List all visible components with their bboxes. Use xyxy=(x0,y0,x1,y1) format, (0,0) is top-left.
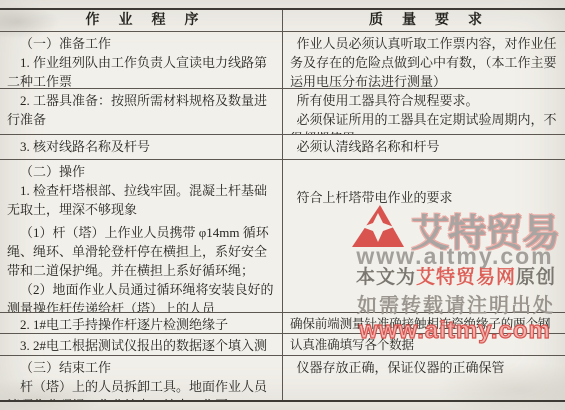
table-row: 2. 工器具准备：按照所需材料规格及数量进行准备 所有使用工器具符合规程要求。 … xyxy=(0,89,565,135)
quality-text: 认真准确填写各个数据 xyxy=(290,336,561,355)
procedure-text: 2. 工器具准备：按照所需材料规格及数量进行准备 xyxy=(7,91,277,129)
procedure-cell: 3. 核对线路名称及杆号 xyxy=(0,135,283,159)
table-row: （一）准备工作 1. 作业组列队由工作负责人宣读电力线路第二种工作票 作业人员必… xyxy=(0,32,565,89)
quality-cell: 符合上杆塔带电作业的要求 xyxy=(283,160,565,312)
table-row: 2. 1#电工手持操作杆逐片检测绝缘子 确保前端测量针准确接触相连瓷绝缘子的两个… xyxy=(0,313,565,334)
procedure-text: 1. 作业组列队由工作负责人宣读电力线路第二种工作票 xyxy=(7,53,277,88)
procedure-text: 杆（塔）上的人员拆卸工具。地面作业人员清理作业现场，作业结束，结束工作票 xyxy=(7,377,277,400)
procedure-quality-table: 作业程序 质量要求 （一）准备工作 1. 作业组列队由工作负责人宣读电力线路第二… xyxy=(0,8,565,402)
quality-cell: 仪器存放正确，保证仪器的正确保管 xyxy=(283,356,565,400)
quality-cell: 作业人员必须认真听取工作票内容，对作业任务及存在的危险点做到心中有数，（本工作主… xyxy=(283,32,565,88)
procedure-text: 1. 检查杆塔根部、拉线牢固。混凝土杆基础无取土，埋深不够现象 xyxy=(7,181,277,219)
quality-text: 必须认清线路名称和杆号 xyxy=(290,137,561,156)
procedure-cell: （一）准备工作 1. 作业组列队由工作负责人宣读电力线路第二种工作票 xyxy=(0,32,283,88)
quality-text: 符合上杆塔带电作业的要求 xyxy=(290,188,561,207)
procedure-text: （1）杆（塔）上作业人员携带 φ14mm 循环绳、绳环、单滑轮登杆停在横担上，系… xyxy=(7,223,277,280)
procedure-cell: （二）操作 1. 检查杆塔根部、拉线牢固。混凝土杆基础无取土，埋深不够现象 （1… xyxy=(0,160,283,312)
procedure-cell: 2. 1#电工手持操作杆逐片检测绝缘子 xyxy=(0,313,283,333)
header-procedure: 作业程序 xyxy=(0,10,283,31)
procedure-cell: 2. 工器具准备：按照所需材料规格及数量进行准备 xyxy=(0,89,283,134)
procedure-cell: （三）结束工作 杆（塔）上的人员拆卸工具。地面作业人员清理作业现场，作业结束，结… xyxy=(0,356,283,400)
procedure-text: （三）结束工作 xyxy=(7,358,277,377)
procedure-text: （2）地面作业人员通过循环绳将安装良好的测量操作杆传递给杆（塔）上的人员 xyxy=(7,280,277,312)
quality-cell: 确保前端测量针准确接触相连瓷绝缘子的两个钢帽 xyxy=(283,313,565,333)
header-quality: 质量要求 xyxy=(283,10,565,31)
table-row: （二）操作 1. 检查杆塔根部、拉线牢固。混凝土杆基础无取土，埋深不够现象 （1… xyxy=(0,160,565,313)
table-row: 3. 2#电工根据测试仪报出的数据逐个填入测量表 认真准确填写各个数据 xyxy=(0,334,565,356)
procedure-text: 3. 2#电工根据测试仪报出的数据逐个填入测量表 xyxy=(7,336,277,355)
procedure-text: （二）操作 xyxy=(7,162,277,181)
procedure-cell: 3. 2#电工根据测试仪报出的数据逐个填入测量表 xyxy=(0,334,283,355)
table-row: （三）结束工作 杆（塔）上的人员拆卸工具。地面作业人员清理作业现场，作业结束，结… xyxy=(0,356,565,400)
quality-text: 所有使用工器具符合规程要求。 xyxy=(290,91,561,110)
quality-text: 确保前端测量针准确接触相连瓷绝缘子的两个钢帽 xyxy=(290,315,561,333)
procedure-text: （一）准备工作 xyxy=(7,34,277,53)
procedure-text: 2. 1#电工手持操作杆逐片检测绝缘子 xyxy=(7,315,277,333)
quality-text: 仪器存放正确，保证仪器的正确保管 xyxy=(290,358,561,377)
quality-cell: 认真准确填写各个数据 xyxy=(283,334,565,355)
quality-text: 必须保证所用的工器具在定期试验周期内，不得超期使用 xyxy=(290,110,561,134)
quality-cell: 所有使用工器具符合规程要求。 必须保证所用的工器具在定期试验周期内，不得超期使用 xyxy=(283,89,565,134)
quality-text: 作业人员必须认真听取工作票内容，对作业任务及存在的危险点做到心中有数，（本工作主… xyxy=(290,34,561,88)
scanned-document-page: 作业程序 质量要求 （一）准备工作 1. 作业组列队由工作负责人宣读电力线路第二… xyxy=(0,0,565,410)
table-row: 3. 核对线路名称及杆号 必须认清线路名称和杆号 xyxy=(0,135,565,160)
quality-cell: 必须认清线路名称和杆号 xyxy=(283,135,565,159)
table-header-row: 作业程序 质量要求 xyxy=(0,10,565,32)
procedure-text: 3. 核对线路名称及杆号 xyxy=(7,137,277,156)
